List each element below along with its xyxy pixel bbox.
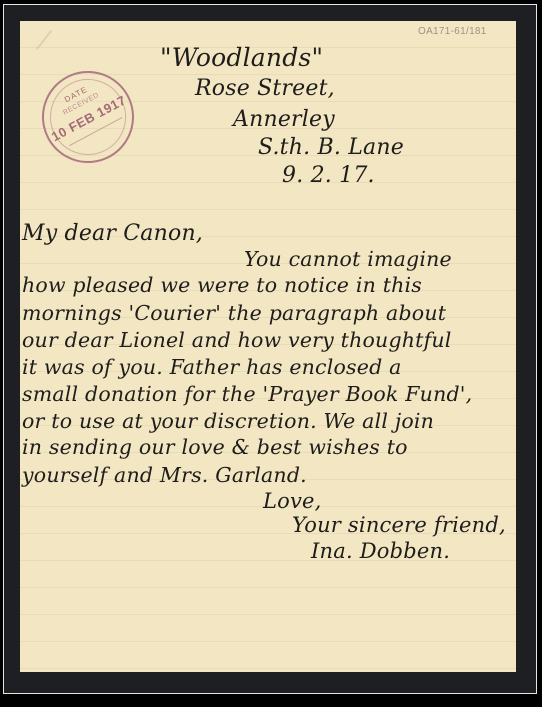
body-line: it was of you. Father has enclosed a: [22, 355, 402, 379]
paper-fold-mark: [36, 30, 60, 56]
body-line: how pleased we were to notice in this: [22, 273, 422, 297]
salutation: My dear Canon,: [22, 221, 203, 246]
address-locality: S.th. B. Lane: [258, 135, 404, 160]
address-street: Rose Street,: [195, 76, 335, 101]
letter-date: 9. 2. 17.: [282, 163, 375, 188]
archive-reference: OA171-61/181: [418, 26, 487, 37]
address-suburb: Annerley: [233, 107, 335, 132]
body-line: yourself and Mrs. Garland.: [22, 463, 307, 487]
closing-love: Love,: [263, 489, 322, 513]
letter-paper: OA171-61/181 DATE RECEIVED 10 FEB 1917 "…: [20, 21, 516, 672]
body-line: small donation for the 'Prayer Book Fund…: [22, 382, 472, 406]
body-line: or to use at your discretion. We all joi…: [22, 409, 434, 433]
body-line: mornings 'Courier' the paragraph about: [22, 301, 446, 325]
address-house-name: "Woodlands": [160, 43, 323, 72]
body-line: You cannot imagine: [244, 247, 452, 271]
signature: Ina. Dobben.: [311, 539, 450, 563]
closing-valediction: Your sincere friend,: [292, 513, 506, 537]
body-line: in sending our love & best wishes to: [22, 435, 408, 459]
date-received-stamp: DATE RECEIVED 10 FEB 1917: [26, 55, 150, 179]
body-line: our dear Lionel and how very thoughtful: [22, 328, 452, 352]
